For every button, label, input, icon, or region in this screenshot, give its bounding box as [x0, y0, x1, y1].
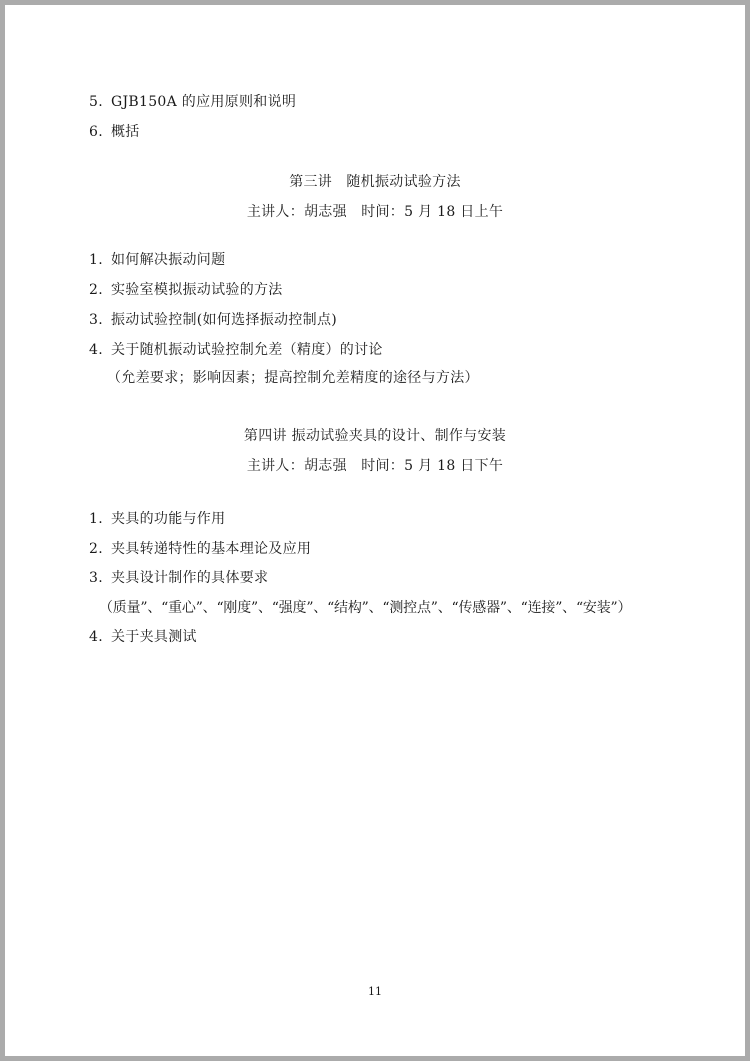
lecture3-speaker-line: 主讲人：胡志强 时间：5 月 18 日上午 — [5, 203, 745, 221]
item-text: 关于随机振动试验控制允差（精度）的讨论 — [111, 342, 383, 358]
page-number: 11 — [5, 985, 745, 998]
item-number: 4. — [89, 341, 111, 359]
list-item: 1.如何解决振动问题 — [89, 251, 225, 269]
item-text: 实验室模拟振动试验的方法 — [111, 282, 283, 298]
item-text: 振动试验控制(如何选择振动控制点) — [111, 312, 337, 328]
item-text: 关于夹具测试 — [111, 629, 197, 645]
item-number: 4. — [89, 628, 111, 646]
item-number: 6. — [89, 123, 111, 141]
item-number: 3. — [89, 569, 111, 587]
lecture4-speaker-line: 主讲人：胡志强 时间：5 月 18 日下午 — [5, 457, 745, 475]
document-page: 5.GJB150A 的应用原则和说明 6.概括 第三讲 随机振动试验方法 主讲人… — [5, 5, 745, 1056]
item-text: 夹具的功能与作用 — [111, 511, 225, 527]
list-item: 6.概括 — [89, 123, 140, 141]
lecture3-title: 第三讲 随机振动试验方法 — [5, 173, 745, 191]
list-item: 3.夹具设计制作的具体要求 — [89, 569, 268, 587]
item-number: 2. — [89, 281, 111, 299]
item-text: 夹具设计制作的具体要求 — [111, 570, 268, 586]
list-item: 3.振动试验控制(如何选择振动控制点) — [89, 311, 337, 329]
item-text: 概括 — [111, 124, 140, 140]
item-number: 2. — [89, 540, 111, 558]
item-number: 1. — [89, 251, 111, 269]
list-item: 4.关于夹具测试 — [89, 628, 197, 646]
item-text: 夹具转递特性的基本理论及应用 — [111, 541, 311, 557]
item-number: 3. — [89, 311, 111, 329]
lecture4-title: 第四讲 振动试验夹具的设计、制作与安装 — [5, 427, 745, 445]
lecture4-note: （质量”、“重心”、“刚度”、“强度”、“结构”、“测控点”、“传感器”、“连接… — [99, 599, 631, 617]
lecture3-note: （允差要求；影响因素；提高控制允差精度的途径与方法） — [107, 369, 479, 387]
item-number: 5. — [89, 93, 111, 111]
item-text: 如何解决振动问题 — [111, 252, 225, 268]
list-item: 4.关于随机振动试验控制允差（精度）的讨论 — [89, 341, 383, 359]
item-text: GJB150A 的应用原则和说明 — [111, 94, 296, 110]
item-number: 1. — [89, 510, 111, 528]
list-item: 2.夹具转递特性的基本理论及应用 — [89, 540, 311, 558]
list-item: 1.夹具的功能与作用 — [89, 510, 225, 528]
list-item: 5.GJB150A 的应用原则和说明 — [89, 93, 296, 111]
list-item: 2.实验室模拟振动试验的方法 — [89, 281, 283, 299]
